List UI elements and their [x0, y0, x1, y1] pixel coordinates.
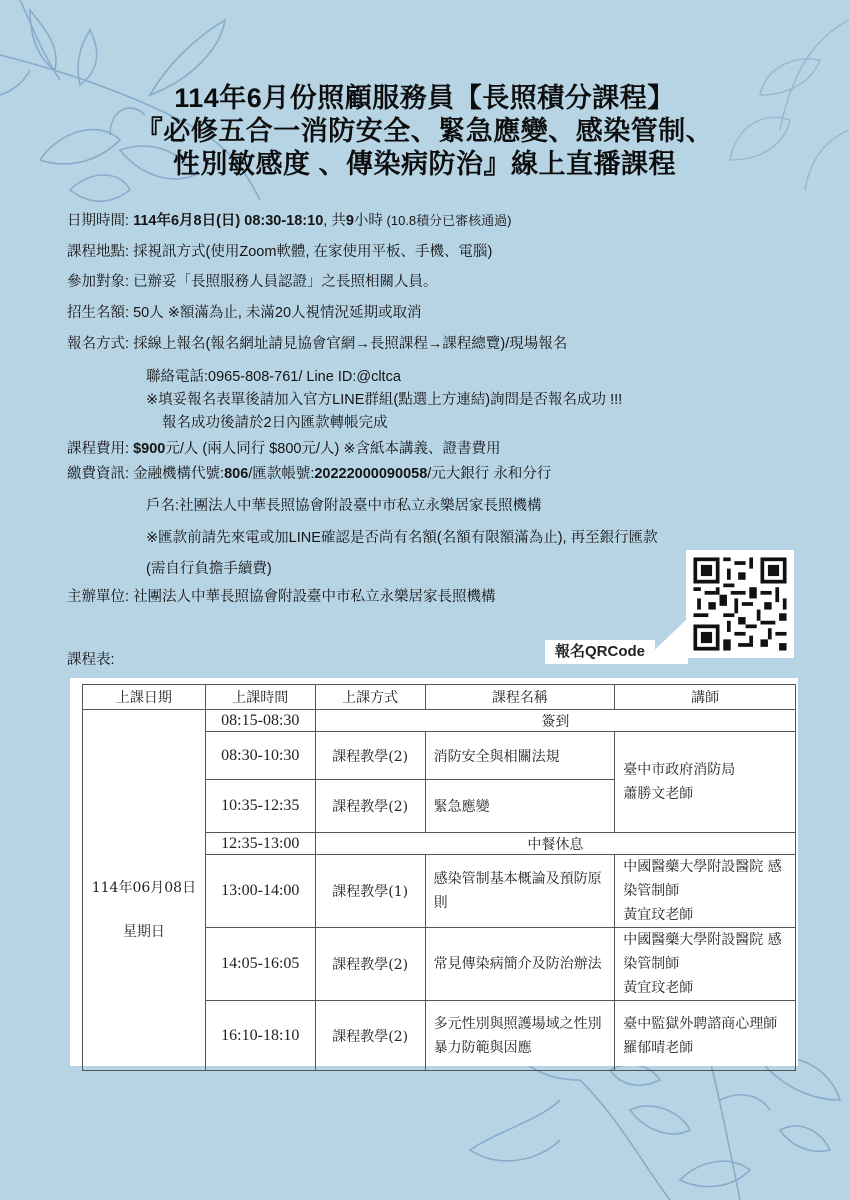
- info-fee: 課程費用: $900元/人 (兩人同行 $800元/人) ※含紙本講義、證書費用: [67, 437, 501, 458]
- header-time: 上課時間: [205, 685, 315, 710]
- info-organizer: 主辦單位: 社團法人中華長照協會附設臺中市私立永樂居家長照機構: [67, 585, 496, 606]
- table-row: 114年06月08日 星期日 08:15-08:30 簽到: [83, 710, 796, 732]
- account-number: 20222000090058: [314, 466, 427, 482]
- bank-code: 806: [224, 466, 248, 482]
- quota-value: 50人 ※額滿為止, 未滿20人視情況延期或取消: [133, 305, 422, 321]
- info-audience: 參加對象: 已辦妥「長照服務人員認證」之長照相關人員。: [67, 270, 438, 291]
- registration-qr-code[interactable]: [686, 550, 794, 658]
- payment-note-2: (需自行負擔手續費): [146, 557, 272, 578]
- time-cell: 16:10-18:10: [205, 1001, 315, 1071]
- mode-cell: 課程教學(2): [315, 928, 425, 1001]
- info-label: 報名方式: [67, 336, 125, 352]
- contact-info: 聯絡電話:0965-808-761/ Line ID:@cltca: [146, 365, 401, 386]
- fee-price: $900: [133, 441, 165, 457]
- page-title: 114年6月份照顧服務員【長照積分課程】 『必修五合一消防安全、緊急應變、感染管…: [0, 82, 849, 181]
- info-label: 課程地點: [67, 244, 125, 260]
- header-course: 課程名稱: [425, 685, 615, 710]
- title-line-2: 『必修五合一消防安全、緊急應變、感染管制、: [0, 115, 849, 148]
- course-cell: 緊急應變: [425, 780, 615, 833]
- info-label: 日期時間: [67, 213, 125, 229]
- credit-note: (10.8積分已審核通過): [383, 213, 512, 228]
- registration-note-1: ※填妥報名表單後請加入官方LINE群組(點選上方連結)詢問是否報名成功 !!!: [146, 388, 622, 409]
- schedule-label: 課程表:: [67, 648, 115, 669]
- audience-value: 已辦妥「長照服務人員認證」之長照相關人員。: [133, 274, 438, 290]
- location-value: 採視訊方式(使用Zoom軟體, 在家使用平板、手機、電腦): [133, 244, 492, 260]
- date-mid: , 共: [323, 213, 346, 229]
- header-date: 上課日期: [83, 685, 206, 710]
- mode-cell: 課程教學(2): [315, 1001, 425, 1071]
- teacher-cell: 中國醫藥大學附設醫院 感染管制師 黃宜玟老師: [615, 928, 796, 1001]
- time-cell: 10:35-12:35: [205, 780, 315, 833]
- bank-name: /元大銀行 永和分行: [427, 466, 551, 482]
- organizer-value: 社團法人中華長照協會附設臺中市私立永樂居家長照機構: [133, 589, 496, 605]
- teacher-cell: 中國醫藥大學附設醫院 感染管制師 黃宜玟老師: [615, 855, 796, 928]
- time-cell: 08:15-08:30: [205, 710, 315, 732]
- info-payment: 繳費資訊: 金融機構代號:806/匯款帳號:20222000090058/元大銀…: [67, 462, 551, 483]
- checkin-cell: 簽到: [315, 710, 795, 732]
- title-line-1: 114年6月份照顧服務員【長照積分課程】: [0, 82, 849, 115]
- course-cell: 多元性別與照護場域之性別暴力防範與因應: [425, 1001, 615, 1071]
- qr-label: 報名QRCode: [545, 640, 655, 664]
- account-name: 戶名:社團法人中華長照協會附設臺中市私立永樂居家長照機構: [146, 494, 542, 515]
- course-cell: 感染管制基本概論及預防原則: [425, 855, 615, 928]
- time-cell: 14:05-16:05: [205, 928, 315, 1001]
- course-cell: 消防安全與相關法規: [425, 732, 615, 780]
- teacher-cell: 臺中監獄外聘諮商心理師 羅郁晴老師: [615, 1001, 796, 1071]
- info-label: 招生名額: [67, 305, 125, 321]
- time-cell: 12:35-13:00: [205, 833, 315, 855]
- bank-code-label: 金融機構代號:: [133, 466, 224, 482]
- registration-value: 採線上報名(報名網址請見協會官網→長照課程→課程總覽)/現場報名: [133, 336, 567, 352]
- course-weekday: 星期日: [91, 920, 197, 944]
- schedule-table: 上課日期 上課時間 上課方式 課程名稱 講師 114年06月08日 星期日 08…: [82, 684, 796, 1071]
- info-quota: 招生名額: 50人 ※額滿為止, 未滿20人視情況延期或取消: [67, 301, 422, 322]
- hours-unit: 小時: [354, 213, 383, 229]
- fee-detail: 元/人 (兩人同行 $800元/人) ※含紙本講義、證書費用: [165, 441, 500, 457]
- schedule-table-container: 上課日期 上課時間 上課方式 課程名稱 講師 114年06月08日 星期日 08…: [70, 678, 798, 1066]
- info-label: 繳費資訊: [67, 466, 125, 482]
- teacher-cell: 臺中市政府消防局 蕭勝文老師: [615, 732, 796, 833]
- info-label: 課程費用: [67, 441, 125, 457]
- info-date: 日期時間: 114年6月8日(日) 08:30-18:10, 共9小時 (10.…: [67, 209, 512, 230]
- info-label: 參加對象: [67, 274, 125, 290]
- account-label: /匯款帳號:: [248, 466, 314, 482]
- time-cell: 08:30-10:30: [205, 732, 315, 780]
- lunch-cell: 中餐休息: [315, 833, 795, 855]
- header-mode: 上課方式: [315, 685, 425, 710]
- info-label: 主辦單位: [67, 589, 125, 605]
- table-header-row: 上課日期 上課時間 上課方式 課程名稱 講師: [83, 685, 796, 710]
- mode-cell: 課程教學(2): [315, 780, 425, 833]
- date-value: 114年6月8日(日) 08:30-18:10: [133, 213, 323, 229]
- header-teacher: 講師: [615, 685, 796, 710]
- title-line-3: 性別敏感度 、傳染病防治』線上直播課程: [0, 148, 849, 181]
- course-date: 114年06月08日: [91, 876, 197, 900]
- mode-cell: 課程教學(2): [315, 732, 425, 780]
- info-registration: 報名方式: 採線上報名(報名網址請見協會官網→長照課程→課程總覽)/現場報名: [67, 332, 567, 353]
- hours-value: 9: [346, 213, 354, 229]
- time-cell: 13:00-14:00: [205, 855, 315, 928]
- course-cell: 常見傳染病簡介及防治辦法: [425, 928, 615, 1001]
- registration-note-2: 報名成功後請於2日內匯款轉帳完成: [162, 411, 388, 432]
- qr-code-icon: [686, 550, 794, 658]
- date-cell: 114年06月08日 星期日: [83, 710, 206, 1071]
- info-location: 課程地點: 採視訊方式(使用Zoom軟體, 在家使用平板、手機、電腦): [67, 240, 492, 261]
- payment-note-1: ※匯款前請先來電或加LINE確認是否尚有名額(名額有限額滿為止), 再至銀行匯款: [146, 526, 658, 547]
- mode-cell: 課程教學(1): [315, 855, 425, 928]
